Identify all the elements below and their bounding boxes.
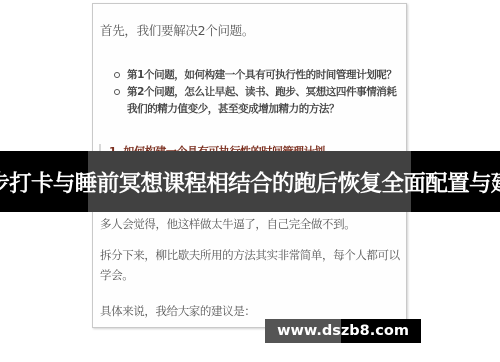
- question-text: 第1个问题，如何构建一个具有可执行性的时间管理计划呢？: [127, 69, 397, 81]
- circle-bullet-icon: [114, 72, 120, 78]
- question-text: 第2个问题，怎么让早起、读书、跑步、冥想这四件事情消耗我们的精力值变少，甚至变成…: [127, 86, 397, 115]
- watermark-text: www.dszb8.com: [265, 319, 421, 343]
- paragraph: 拆分下来，柳比歇夫所用的方法其实非常简单，每个人都可以学会。: [100, 245, 400, 285]
- banner-title: 跑步打卡与睡前冥想课程相结合的跑后恢复全面配置与建议: [0, 151, 500, 212]
- question-list: 第1个问题，如何构建一个具有可执行性的时间管理计划呢？ 第2个问题，怎么让早起、…: [113, 67, 403, 118]
- question-item: 第2个问题，怎么让早起、读书、跑步、冥想这四件事情消耗我们的精力值变少，甚至变成…: [113, 84, 403, 118]
- paragraph: 具体来说，我给大家的建议是：: [100, 301, 400, 321]
- intro-text: 首先，我们要解决2个问题。: [100, 21, 254, 39]
- title-banner: 跑步打卡与睡前冥想课程相结合的跑后恢复全面配置与建议: [0, 151, 500, 212]
- question-item: 第1个问题，如何构建一个具有可执行性的时间管理计划呢？: [113, 67, 403, 84]
- circle-bullet-icon: [114, 89, 120, 95]
- watermark-badge: www.dszb8.com: [265, 319, 421, 343]
